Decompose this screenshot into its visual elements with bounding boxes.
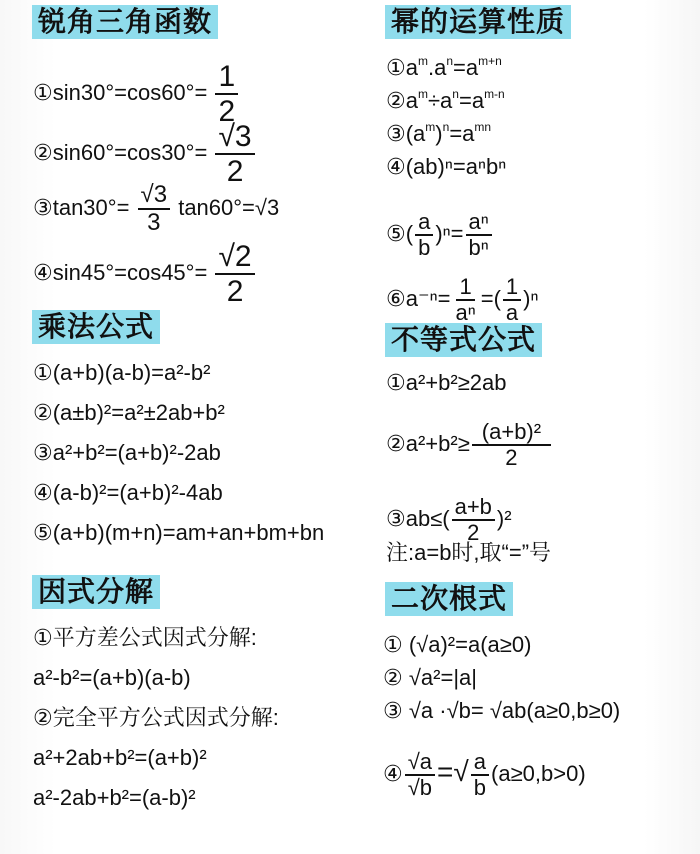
mult-item: ④(a-b)²=(a+b)²-4ab [33,480,223,506]
fraction: aⁿbⁿ [466,210,492,260]
mult-item: ②(a±b)²=a²±2ab+b² [33,400,225,426]
factor-item: a²+2ab+b²=(a+b)² [33,745,207,771]
radical-item-4: ④√a√b=√ab(a≥0,b>0) [383,750,586,800]
factor-item: a²-2ab+b²=(a-b)² [33,785,196,811]
fraction: ab [415,210,433,260]
trig-item-3: ③tan30°= √33 tan60°=√3 [33,182,279,237]
factor-item: ②完全平方公式因式分解: [33,705,279,731]
fraction: ab [471,750,489,800]
section-title-inequality: 不等式公式 [385,323,542,357]
section-title-trig: 锐角三角函数 [32,5,218,39]
formula-sheet: 锐角三角函数 ①sin30°=cos60°= 12 ②sin60°=cos30°… [0,0,700,854]
fraction: 1aⁿ [452,275,478,325]
fraction: √22 [215,240,254,308]
fraction: 1a [503,275,521,325]
factor-item: ①平方差公式因式分解: [33,625,257,651]
power-item-2: ②am÷an=am-n [386,88,505,114]
fraction: √33 [138,182,171,237]
mult-item: ⑤(a+b)(m+n)=am+an+bm+bn [33,520,324,546]
radical-item-3: ③ √a ·√b= √ab(a≥0,b≥0) [383,698,620,724]
power-item-3: ③(am)n=amn [386,121,491,147]
mult-item: ①(a+b)(a-b)=a²-b² [33,360,210,386]
section-title-factorization: 因式分解 [32,575,160,609]
trig-item-1: ①sin30°=cos60°= 12 [33,60,240,128]
fraction: 12 [215,60,238,128]
power-item-5: ⑤(ab)ⁿ=aⁿbⁿ [386,210,494,260]
section-title-powers: 幂的运算性质 [385,5,571,39]
ineq-item-1: ①a²+b²≥2ab [386,370,506,396]
power-item-4: ④(ab)ⁿ=aⁿbⁿ [386,154,506,180]
radical-item-1: ① (√a)²=a(a≥0) [383,632,531,658]
trig-lead: ①sin30°=cos60°= [33,80,207,105]
radical-item-2: ② √a²=|a| [383,665,477,691]
section-title-multiplication: 乘法公式 [32,310,160,344]
section-title-radicals: 二次根式 [385,582,513,616]
factor-item: a²-b²=(a+b)(a-b) [33,665,191,691]
power-item-1: ①am.an=am+n [386,55,502,81]
mult-item: ③a²+b²=(a+b)²-2ab [33,440,221,466]
fraction: √32 [215,120,254,188]
fraction: √a√b [405,750,435,800]
power-item-6: ⑥a⁻ⁿ=1aⁿ=(1a)ⁿ [386,275,539,325]
fraction: a+b2 [452,495,495,545]
ineq-item-2: ②a²+b²≥(a+b)²2 [386,420,553,470]
trig-item-2: ②sin60°=cos30°= √32 [33,120,257,188]
trig-item-4: ④sin45°=cos45°= √22 [33,240,257,308]
fraction: (a+b)²2 [472,420,551,470]
ineq-item-3: ③ab≤(a+b2)² [386,495,512,545]
ineq-note: 注:a=b时,取“=”号 [386,540,551,566]
